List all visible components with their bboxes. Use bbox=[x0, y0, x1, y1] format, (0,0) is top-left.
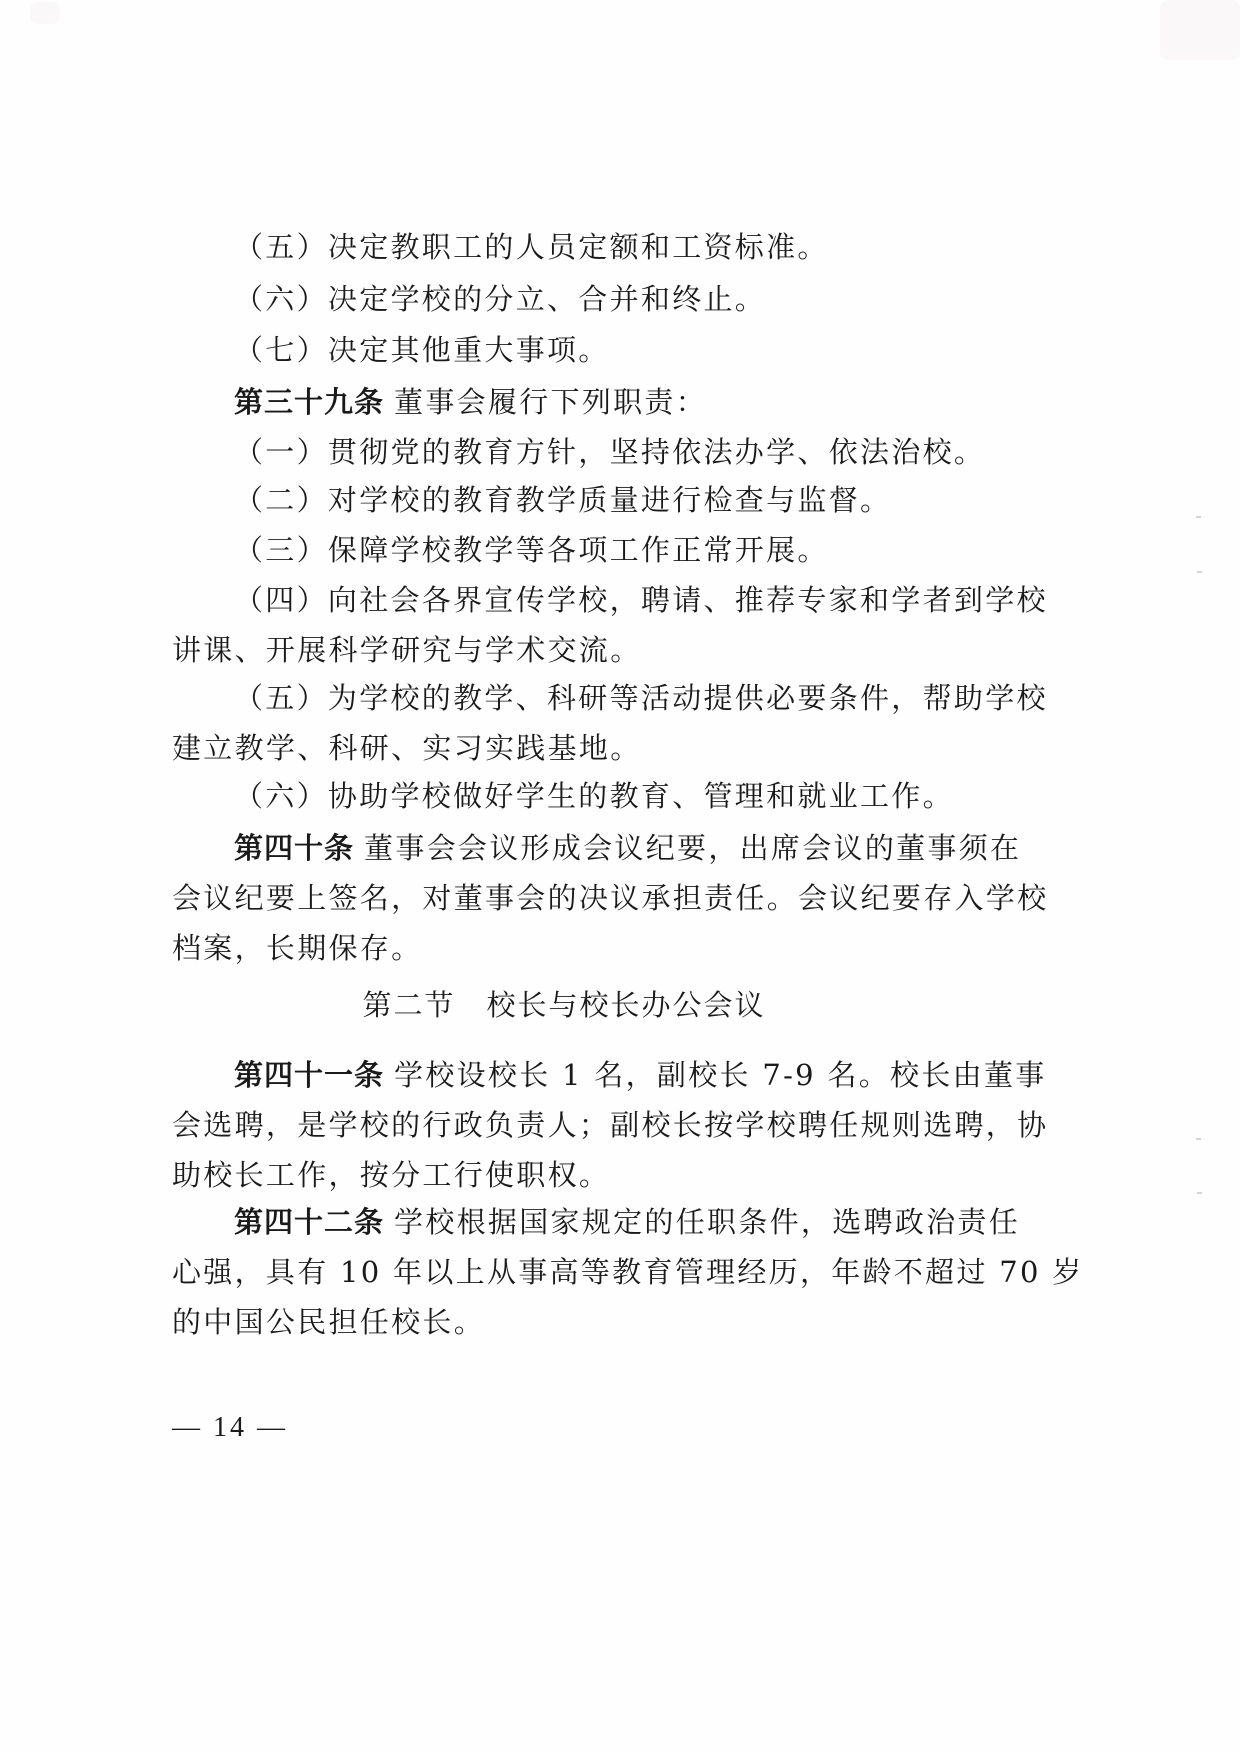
scan-smudge-top-right bbox=[1160, 0, 1240, 60]
document-page: （五）决定教职工的人员定额和工资标准。 （六）决定学校的分立、合并和终止。 （七… bbox=[0, 0, 1240, 1753]
list-item-continuation: 讲课、开展科学研究与学术交流。 bbox=[172, 630, 956, 670]
list-item: （四）向社会各界宣传学校，聘请、推荐专家和学者到学校 bbox=[172, 580, 956, 620]
article-text: 学校根据国家规定的任职条件，选聘政治责任 bbox=[394, 1205, 1020, 1239]
list-item: （六）决定学校的分立、合并和终止。 bbox=[172, 279, 956, 319]
article-heading: 第四十一条 bbox=[234, 1058, 384, 1092]
page-number: — 14 — bbox=[172, 1410, 288, 1446]
article-text: 董事会会议形成会议纪要，出席会议的董事须在 bbox=[364, 831, 1021, 865]
article-40: 第四十条董事会会议形成会议纪要，出席会议的董事须在 bbox=[172, 828, 956, 868]
article-heading: 第三十九条 bbox=[234, 385, 384, 419]
article-text: 学校设校长 1 名，副校长 7-9 名。校长由董事 bbox=[394, 1058, 1047, 1092]
scan-mark bbox=[1197, 571, 1202, 573]
list-item: （二）对学校的教育教学质量进行检查与监督。 bbox=[172, 480, 956, 520]
list-item: （五）决定教职工的人员定额和工资标准。 bbox=[172, 227, 956, 267]
list-item: （六）协助学校做好学生的教育、管理和就业工作。 bbox=[172, 776, 956, 816]
paragraph-continuation: 助校长工作，按分工行使职权。 bbox=[172, 1155, 956, 1195]
list-item-continuation: 建立教学、科研、实习实践基地。 bbox=[172, 728, 956, 768]
article-39: 第三十九条董事会履行下列职责： bbox=[172, 382, 956, 422]
article-heading: 第四十二条 bbox=[234, 1205, 384, 1239]
paragraph-continuation: 会选聘，是学校的行政负责人；副校长按学校聘任规则选聘，协 bbox=[172, 1105, 956, 1145]
article-41: 第四十一条学校设校长 1 名，副校长 7-9 名。校长由董事 bbox=[172, 1055, 956, 1095]
section-title: 第二节 校长与校长办公会议 bbox=[172, 985, 956, 1025]
list-item: （三）保障学校教学等各项工作正常开展。 bbox=[172, 530, 956, 570]
paragraph-continuation: 心强，具有 10 年以上从事高等教育管理经历，年龄不超过 70 岁 bbox=[172, 1252, 956, 1292]
scan-mark bbox=[1196, 1138, 1201, 1140]
list-item: （五）为学校的教学、科研等活动提供必要条件，帮助学校 bbox=[172, 678, 956, 718]
paragraph-continuation: 会议纪要上签名，对董事会的决议承担责任。会议纪要存入学校 bbox=[172, 878, 956, 918]
scan-mark bbox=[1197, 1192, 1202, 1194]
article-42: 第四十二条学校根据国家规定的任职条件，选聘政治责任 bbox=[172, 1202, 956, 1242]
scan-smudge-top-left bbox=[30, 2, 60, 24]
list-item: （七）决定其他重大事项。 bbox=[172, 330, 956, 370]
article-heading: 第四十条 bbox=[234, 831, 354, 865]
article-text: 董事会履行下列职责： bbox=[394, 385, 707, 419]
list-item: （一）贯彻党的教育方针，坚持依法办学、依法治校。 bbox=[172, 432, 956, 472]
scan-mark bbox=[1196, 516, 1201, 518]
paragraph-continuation: 的中国公民担任校长。 bbox=[172, 1302, 956, 1342]
paragraph-continuation: 档案，长期保存。 bbox=[172, 928, 956, 968]
